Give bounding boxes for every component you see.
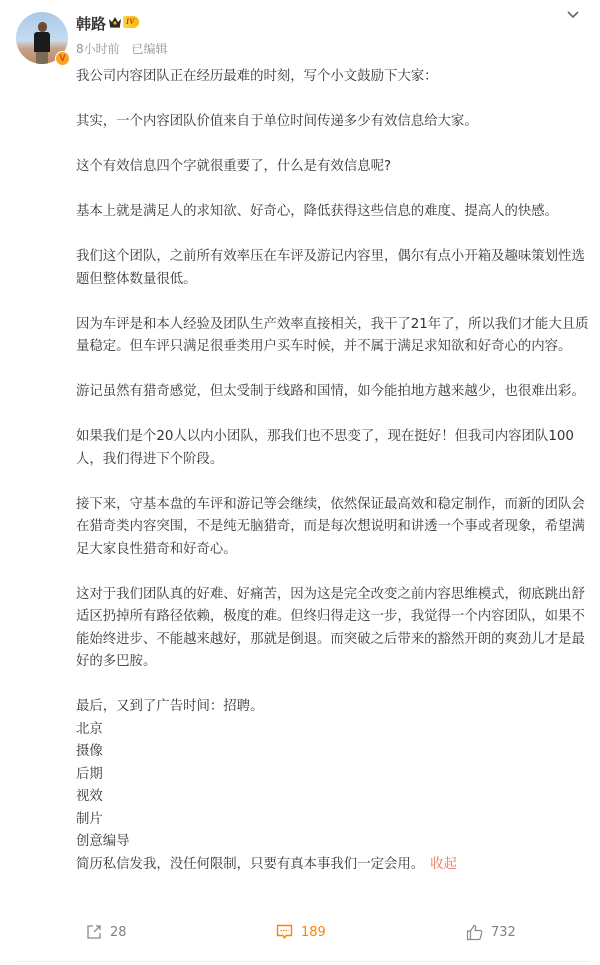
paragraph: 因为车评是和本人经验及团队生产效率直接相关，我干了21年了，所以我们才能大且质量… <box>76 314 590 359</box>
comment-count: 189 <box>301 925 326 940</box>
recruit-line: 视效 <box>76 786 590 809</box>
share-button[interactable]: 28 <box>86 924 127 940</box>
paragraph: 接下来，守基本盘的车评和游记等会继续，依然保证最高效和稳定制作，而新的团队会在猎… <box>76 494 590 562</box>
comment-button[interactable]: 189 <box>276 924 326 940</box>
recruit-line: 创意编导 <box>76 831 590 854</box>
author-name[interactable]: 韩路 <box>76 13 106 34</box>
recruit-line: 摄像 <box>76 741 590 764</box>
vip-badge[interactable]: IV <box>108 15 139 29</box>
thumbs-up-icon <box>466 924 483 941</box>
recruit-line: 北京 <box>76 719 590 742</box>
post-time[interactable]: 8小时前 <box>76 42 120 56</box>
paragraph: 游记虽然有猎奇感觉，但太受制于线路和国情，如今能拍地方越来越少，也很难出彩。 <box>76 381 590 404</box>
recruit-line: 后期 <box>76 764 590 787</box>
paragraph: 这个有效信息四个字就很重要了，什么是有效信息呢? <box>76 156 590 179</box>
action-bar: 28 189 732 <box>0 924 600 950</box>
edited-label[interactable]: 已编辑 <box>131 42 167 56</box>
avatar[interactable]: V <box>16 12 68 64</box>
like-button[interactable]: 732 <box>466 924 516 941</box>
chevron-down-icon[interactable] <box>566 10 580 20</box>
paragraph: 基本上就是满足人的求知欲、好奇心，降低获得这些信息的难度、提高人的快感。 <box>76 201 590 224</box>
recruit-intro: 最后，又到了广告时间：招聘。 <box>76 696 590 719</box>
share-icon <box>86 924 102 940</box>
paragraph: 我们这个团队，之前所有效率压在车评及游记内容里，偶尔有点小开箱及趣味策划性选题但… <box>76 246 590 291</box>
crown-icon <box>108 16 122 28</box>
paragraph: 我公司内容团队正在经历最难的时刻，写个小文鼓励下大家： <box>76 66 590 89</box>
paragraph: 其实，一个内容团队价值来自于单位时间传递多少有效信息给大家。 <box>76 111 590 134</box>
recruit-closing-line: 简历私信发我，没任何限制，只要有真本事我们一定会用。收起 <box>76 854 590 877</box>
divider <box>16 961 588 962</box>
comment-icon <box>276 924 293 940</box>
vip-level: IV <box>123 16 139 28</box>
share-count: 28 <box>110 925 127 940</box>
paragraph: 这对于我们团队真的好难、好痛苦，因为这是完全改变之前内容思维模式，彻底跳出舒适区… <box>76 584 590 674</box>
collapse-link[interactable]: 收起 <box>430 857 457 872</box>
recruit-closing: 简历私信发我，没任何限制，只要有真本事我们一定会用。 <box>76 857 424 872</box>
recruit-line: 制片 <box>76 809 590 832</box>
post-content: 我公司内容团队正在经历最难的时刻，写个小文鼓励下大家： 其实，一个内容团队价值来… <box>76 66 590 876</box>
verified-badge-icon: V <box>55 51 70 66</box>
post-meta: 8小时前 已编辑 <box>76 40 175 57</box>
weibo-post-card: V 韩路 IV 8小时前 已编辑 我公司内容团队正在经历最难的时刻，写个小文鼓励… <box>0 0 600 965</box>
paragraph: 如果我们是个20人以内小团队，那我们也不思变了，现在挺好！但我司内容团队100人… <box>76 426 590 471</box>
like-count: 732 <box>491 925 516 940</box>
